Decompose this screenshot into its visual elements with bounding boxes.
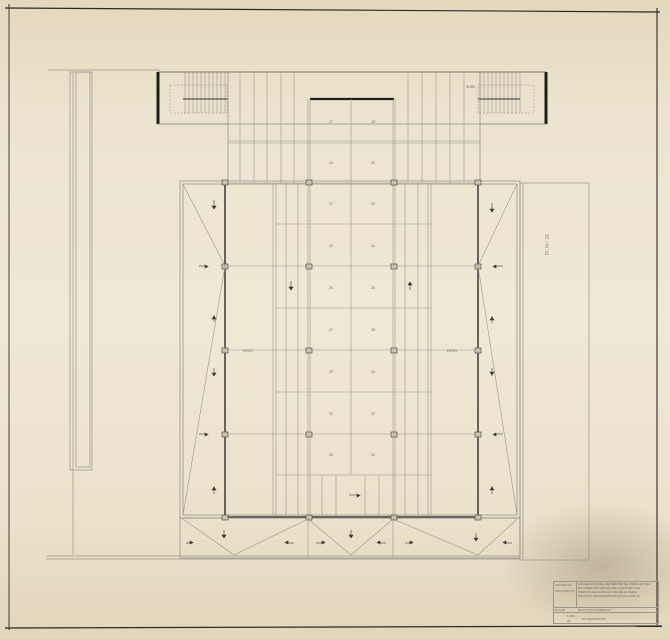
roof-slopes xyxy=(183,184,517,558)
right-strip xyxy=(520,183,589,560)
blueprint-sheet: 17 18 19 20 21 22 23 24 25 26 27 28 29 3… xyxy=(0,0,670,639)
title-block-right: ESCUELA OFICIAL DE PERITOS DE AGRICULTUR… xyxy=(578,582,657,598)
title-block-left: PROYECTO ARQUITECTO xyxy=(554,582,577,607)
signature-label: EL ARQUITECTO xyxy=(582,617,606,621)
stair-block xyxy=(158,72,546,124)
central-grid xyxy=(225,72,480,517)
sheet-number: 26 xyxy=(567,619,570,623)
title-row-text: NACIONAL DE MUESTRAS DE VALLADOLID xyxy=(578,594,657,598)
title-row-label: ARQUITECTO xyxy=(554,588,576,594)
floor-plan-drawing xyxy=(0,0,670,639)
main-shell xyxy=(180,72,520,558)
drainage-arrows xyxy=(186,200,512,544)
scale-value: 1:100 xyxy=(567,614,575,618)
left-strip xyxy=(46,70,520,559)
title-scale-row: 1:100 26 EL ARQUITECTO xyxy=(554,612,658,624)
title-block: PROYECTO ARQUITECTO ESCUELA OFICIAL DE P… xyxy=(553,581,659,624)
